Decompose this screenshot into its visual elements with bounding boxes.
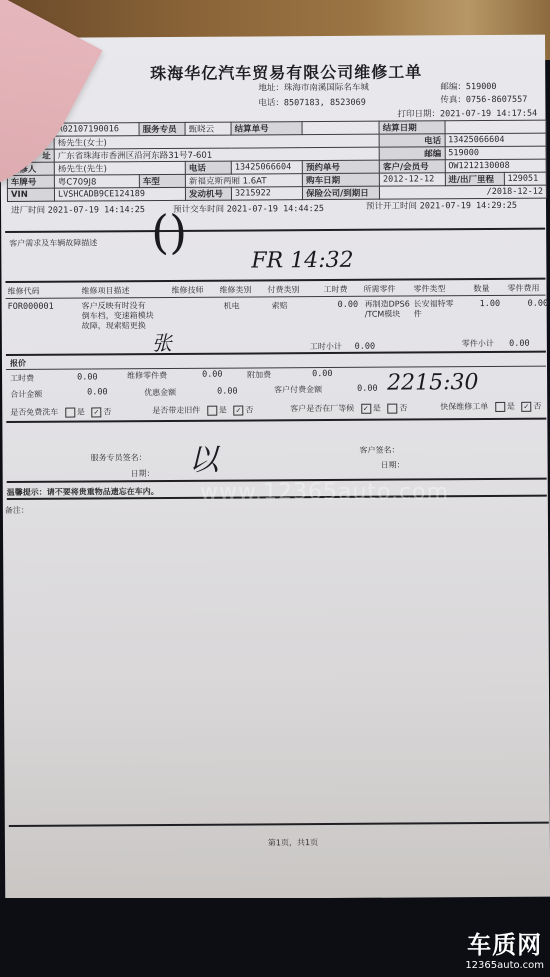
option-free-wash: 是否免费洗车 是 ✓否 <box>10 406 111 418</box>
divider <box>9 822 549 827</box>
vehicle-model: 新福克斯两厢 1.6AT <box>185 174 302 188</box>
watermark-logo: 车质网 12365auto.com <box>465 925 544 971</box>
member-number: OW1212130008 <box>445 159 547 173</box>
customer-date-label: 日期： <box>381 460 405 471</box>
option-take-old-parts: 是否带走旧件 是 ✓否 <box>152 404 253 416</box>
checkbox-yes[interactable] <box>65 407 75 417</box>
mileage: 129051 <box>504 172 546 185</box>
vin-number: LVSHCADB9CE124189 <box>54 187 185 201</box>
part-subtotal: 零件小计 0.00 <box>462 338 530 349</box>
checkbox-no-checked[interactable]: ✓ <box>521 401 531 411</box>
repair-description: 客户反映有时没有 倒车档，变速箱模块 故障，现索赔更换 <box>82 301 154 331</box>
option-customer-waiting: 客户是否在厂等候 ✓是 否 <box>290 403 407 415</box>
purchase-date: 2012-12-12 <box>380 173 445 186</box>
vehicle-info-table: R02107190016 服务专员 甄晓云 结算单号 结算日期 杨先生(女士) … <box>7 120 547 202</box>
sender-name: 杨先生(先生) <box>54 161 185 175</box>
customer-postcode: 519000 <box>445 146 547 160</box>
checkbox-no-checked[interactable]: ✓ <box>233 405 243 415</box>
checkbox-no[interactable] <box>387 403 397 413</box>
page-footer: 第1页，共1页 <box>268 837 318 848</box>
print-date-line: 打印日期：2021-07-19 14:17:54 <box>397 107 537 120</box>
sender-phone: 13425066604 <box>231 161 302 174</box>
handwritten-note-time: 2215:30 <box>387 370 479 396</box>
repair-order-sheet: 珠海华亿汽车贸易有限公司维修工单 地址：珠海市南溪国际名车城 电话：850718… <box>0 35 550 900</box>
divider <box>5 278 545 283</box>
advisor-signature-label: 服务专员签名： <box>91 452 147 463</box>
engine-number: 3215922 <box>232 187 303 200</box>
fax-line: 传真：0756-8607557 <box>440 93 527 106</box>
order-number: R02107190016 <box>54 123 139 137</box>
customer-phone: 13425066604 <box>445 133 547 147</box>
postcode-line: 邮编：519000 <box>440 80 496 92</box>
part-type: 长安福特零 件 <box>414 299 454 319</box>
customer-signature-label: 客户签名： <box>359 445 399 456</box>
estimated-delivery-time: 预计交车时间 2021-07-19 14:44:25 <box>173 202 324 215</box>
handwritten-circle: () <box>151 205 187 259</box>
checkbox-no-checked[interactable]: ✓ <box>91 407 101 417</box>
logo-url: 12365auto.com <box>465 960 544 971</box>
divider <box>6 418 546 423</box>
logo-text: 车质网 <box>465 925 544 960</box>
watermark-text: www.12365auto.com <box>200 480 449 505</box>
handwritten-advisor-signature: 以 <box>188 435 218 479</box>
advisor-date-label: 日期： <box>131 468 155 479</box>
checkbox-yes-checked[interactable]: ✓ <box>361 403 371 413</box>
phone-line: 电话：8507183, 8523069 <box>258 96 365 109</box>
divider <box>6 351 546 356</box>
license-plate: 粤C709J8 <box>54 175 139 189</box>
checkbox-yes[interactable] <box>495 401 505 411</box>
checkbox-yes[interactable] <box>207 405 217 415</box>
insurance-expiry: /2018-12-12 <box>380 185 547 199</box>
service-advisor: 甄晓云 <box>185 122 231 135</box>
option-quick-service: 快保维修工单 是 ✓否 <box>440 401 541 413</box>
address-line: 地址：珠海市南溪国际名车城 <box>258 81 369 94</box>
divider <box>5 228 545 233</box>
quote-label: 报价 <box>10 358 26 369</box>
handwritten-technician-signature: 张 <box>152 327 172 356</box>
complaint-label: 客户需求及车辆故障描述 <box>9 237 97 249</box>
required-part: 再制造DPS6 /TCM模块 <box>365 300 410 320</box>
labor-subtotal: 工时小计 0.00 <box>310 341 375 352</box>
handwritten-note-time: FR 14:32 <box>251 248 353 274</box>
check-in-time: 进厂时间 2021-07-19 14:14:25 <box>11 203 145 216</box>
estimated-start-time: 预计开工时间 2021-07-19 14:29:25 <box>366 199 517 212</box>
remarks-label: 备注： <box>5 505 29 516</box>
